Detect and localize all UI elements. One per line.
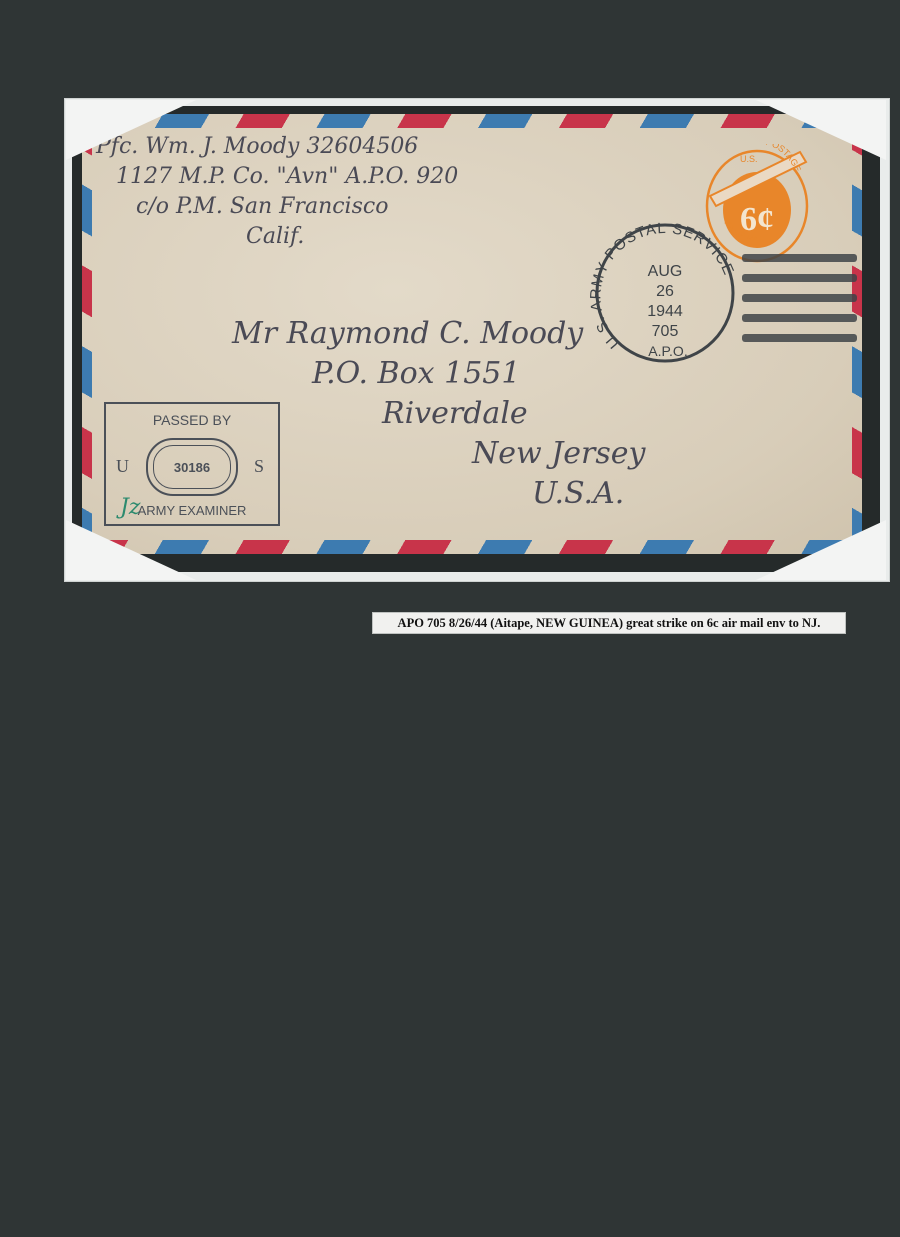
airmail-border-top bbox=[82, 114, 862, 128]
airmail-border-left bbox=[82, 114, 92, 554]
mount-corner-bottom-left bbox=[66, 520, 196, 580]
censor-number: 30186 bbox=[153, 445, 231, 489]
recipient-address-line: U.S.A. bbox=[532, 474, 645, 514]
return-address-line: 1127 M.P. Co. "Avn" A.P.O. 920 bbox=[116, 162, 458, 192]
return-address-line: c/o P.M. San Francisco bbox=[136, 192, 458, 222]
censor-initials: Jz bbox=[120, 495, 140, 520]
censor-letter-u: U bbox=[116, 456, 129, 477]
airmail-border-bottom bbox=[82, 540, 862, 554]
censor-handstamp: PASSED BY U 30186 S ARMY EXAMINER Jz bbox=[104, 402, 280, 526]
svg-text:26: 26 bbox=[656, 283, 674, 300]
censor-passed-by: PASSED BY bbox=[106, 412, 278, 428]
svg-text:A.P.O.: A.P.O. bbox=[648, 343, 687, 359]
exhibit-caption: APO 705 8/26/44 (Aitape, NEW GUINEA) gre… bbox=[372, 612, 846, 634]
airmail-envelope: Pfc. Wm. J. Moody 32604506 1127 M.P. Co.… bbox=[82, 114, 862, 554]
mount-corner-top-left bbox=[66, 100, 196, 160]
svg-text:U.S.: U.S. bbox=[740, 154, 758, 164]
svg-text:AUG: AUG bbox=[648, 263, 683, 280]
return-address-line: Calif. bbox=[246, 222, 458, 252]
svg-text:705: 705 bbox=[652, 323, 679, 340]
mount-corner-top-right bbox=[756, 100, 886, 160]
recipient-address: Mr Raymond C. Moody P.O. Box 1551 Riverd… bbox=[232, 314, 645, 514]
recipient-address-line: Mr Raymond C. Moody bbox=[232, 314, 645, 354]
censor-letter-s: S bbox=[254, 456, 264, 477]
recipient-address-line: New Jersey bbox=[472, 434, 645, 474]
svg-text:1944: 1944 bbox=[647, 303, 683, 320]
killer-bars-cancel bbox=[742, 254, 857, 354]
recipient-address-line: Riverdale bbox=[382, 394, 645, 434]
mount-corner-bottom-right bbox=[756, 520, 886, 580]
army-postal-service-postmark: U.S. ARMY POSTAL SERVICE A.P.O. AUG 26 1… bbox=[590, 218, 740, 368]
censor-number-oval: 30186 bbox=[146, 438, 238, 496]
